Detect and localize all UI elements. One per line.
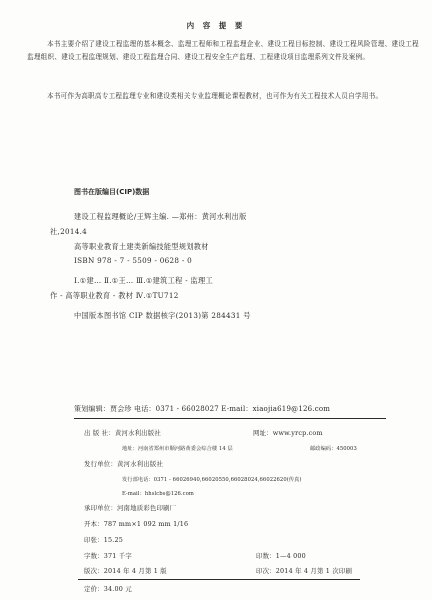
summary-title: 内 容 提 要 xyxy=(0,20,432,31)
summary-paragraph-2: 本书可作为高职高专工程监理专业和建设类相关专业监理概论课程教材，也可作为有关工程… xyxy=(27,90,419,103)
publisher-name: 出 版 社：黄河水利出版社 xyxy=(84,428,161,437)
price: 定价：34.00 元 xyxy=(84,584,132,593)
copyright-page: 内 容 提 要 本书主要介绍了建设工程监理的基本概念、监理工程师和工程监理企业、… xyxy=(0,0,432,600)
publisher-address: 地址：河南省郑州市顺河路黄委会综合楼 14 层 xyxy=(122,445,233,452)
impression: 印次：2014 年 4 月第 1 次印刷 xyxy=(256,566,352,575)
editor-contact-line: 策划编辑：贾会珍 电话：0371 - 66028027 E-mail：xiaoj… xyxy=(74,404,330,414)
print-sheets: 印张：15.25 xyxy=(84,535,123,544)
bottom-divider xyxy=(78,579,360,580)
print-run: 印数：1—4 000 xyxy=(256,551,306,560)
cip-subject-line-2: 作 - 高等职业教育 - 教材 Ⅳ.①TU712 xyxy=(50,291,179,301)
distributor-email: E-mail：hhslcbs@126.com xyxy=(122,490,194,497)
distributor-phone: 发行部电话：0371 - 66026940,66020550,66028024,… xyxy=(122,476,302,483)
book-format: 开本：787 mm×1 092 mm 1/16 xyxy=(84,519,188,528)
cip-series-line: 高等职业教育土建类新编技能型规划教材 xyxy=(74,242,209,252)
top-divider xyxy=(74,418,386,419)
cip-catalog-number: 中国版本图书馆 CIP 数据核字(2013)第 284431 号 xyxy=(74,311,251,321)
summary-paragraph-1: 本书主要介绍了建设工程监理的基本概念、监理工程师和工程监理企业、建设工程目标控制… xyxy=(27,38,419,64)
cip-heading: 图书在版编目(CIP)数据 xyxy=(74,187,149,197)
word-count: 字数：371 千字 xyxy=(84,551,132,560)
cip-isbn: ISBN 978 - 7 - 5509 - 0628 - 0 xyxy=(74,256,192,265)
cip-publisher-line: 社,2014.4 xyxy=(50,227,87,237)
cip-subject-line-1: Ⅰ.①建… Ⅱ.①王… Ⅲ.①建筑工程 - 监理工 xyxy=(74,276,213,286)
publisher-postcode: 邮政编码：450003 xyxy=(310,445,357,452)
cip-title-line: 建设工程监理概论/王辉主编. —郑州：黄河水利出版 xyxy=(74,212,247,222)
publisher-website: 网址：www.yrcp.com xyxy=(253,428,323,437)
edition: 版次：2014 年 4 月第 1 版 xyxy=(84,566,167,575)
printer: 承印单位：河南地质彩色印刷厂 xyxy=(84,503,176,512)
distributor-name: 发行单位：黄河水利出版社 xyxy=(84,459,163,468)
